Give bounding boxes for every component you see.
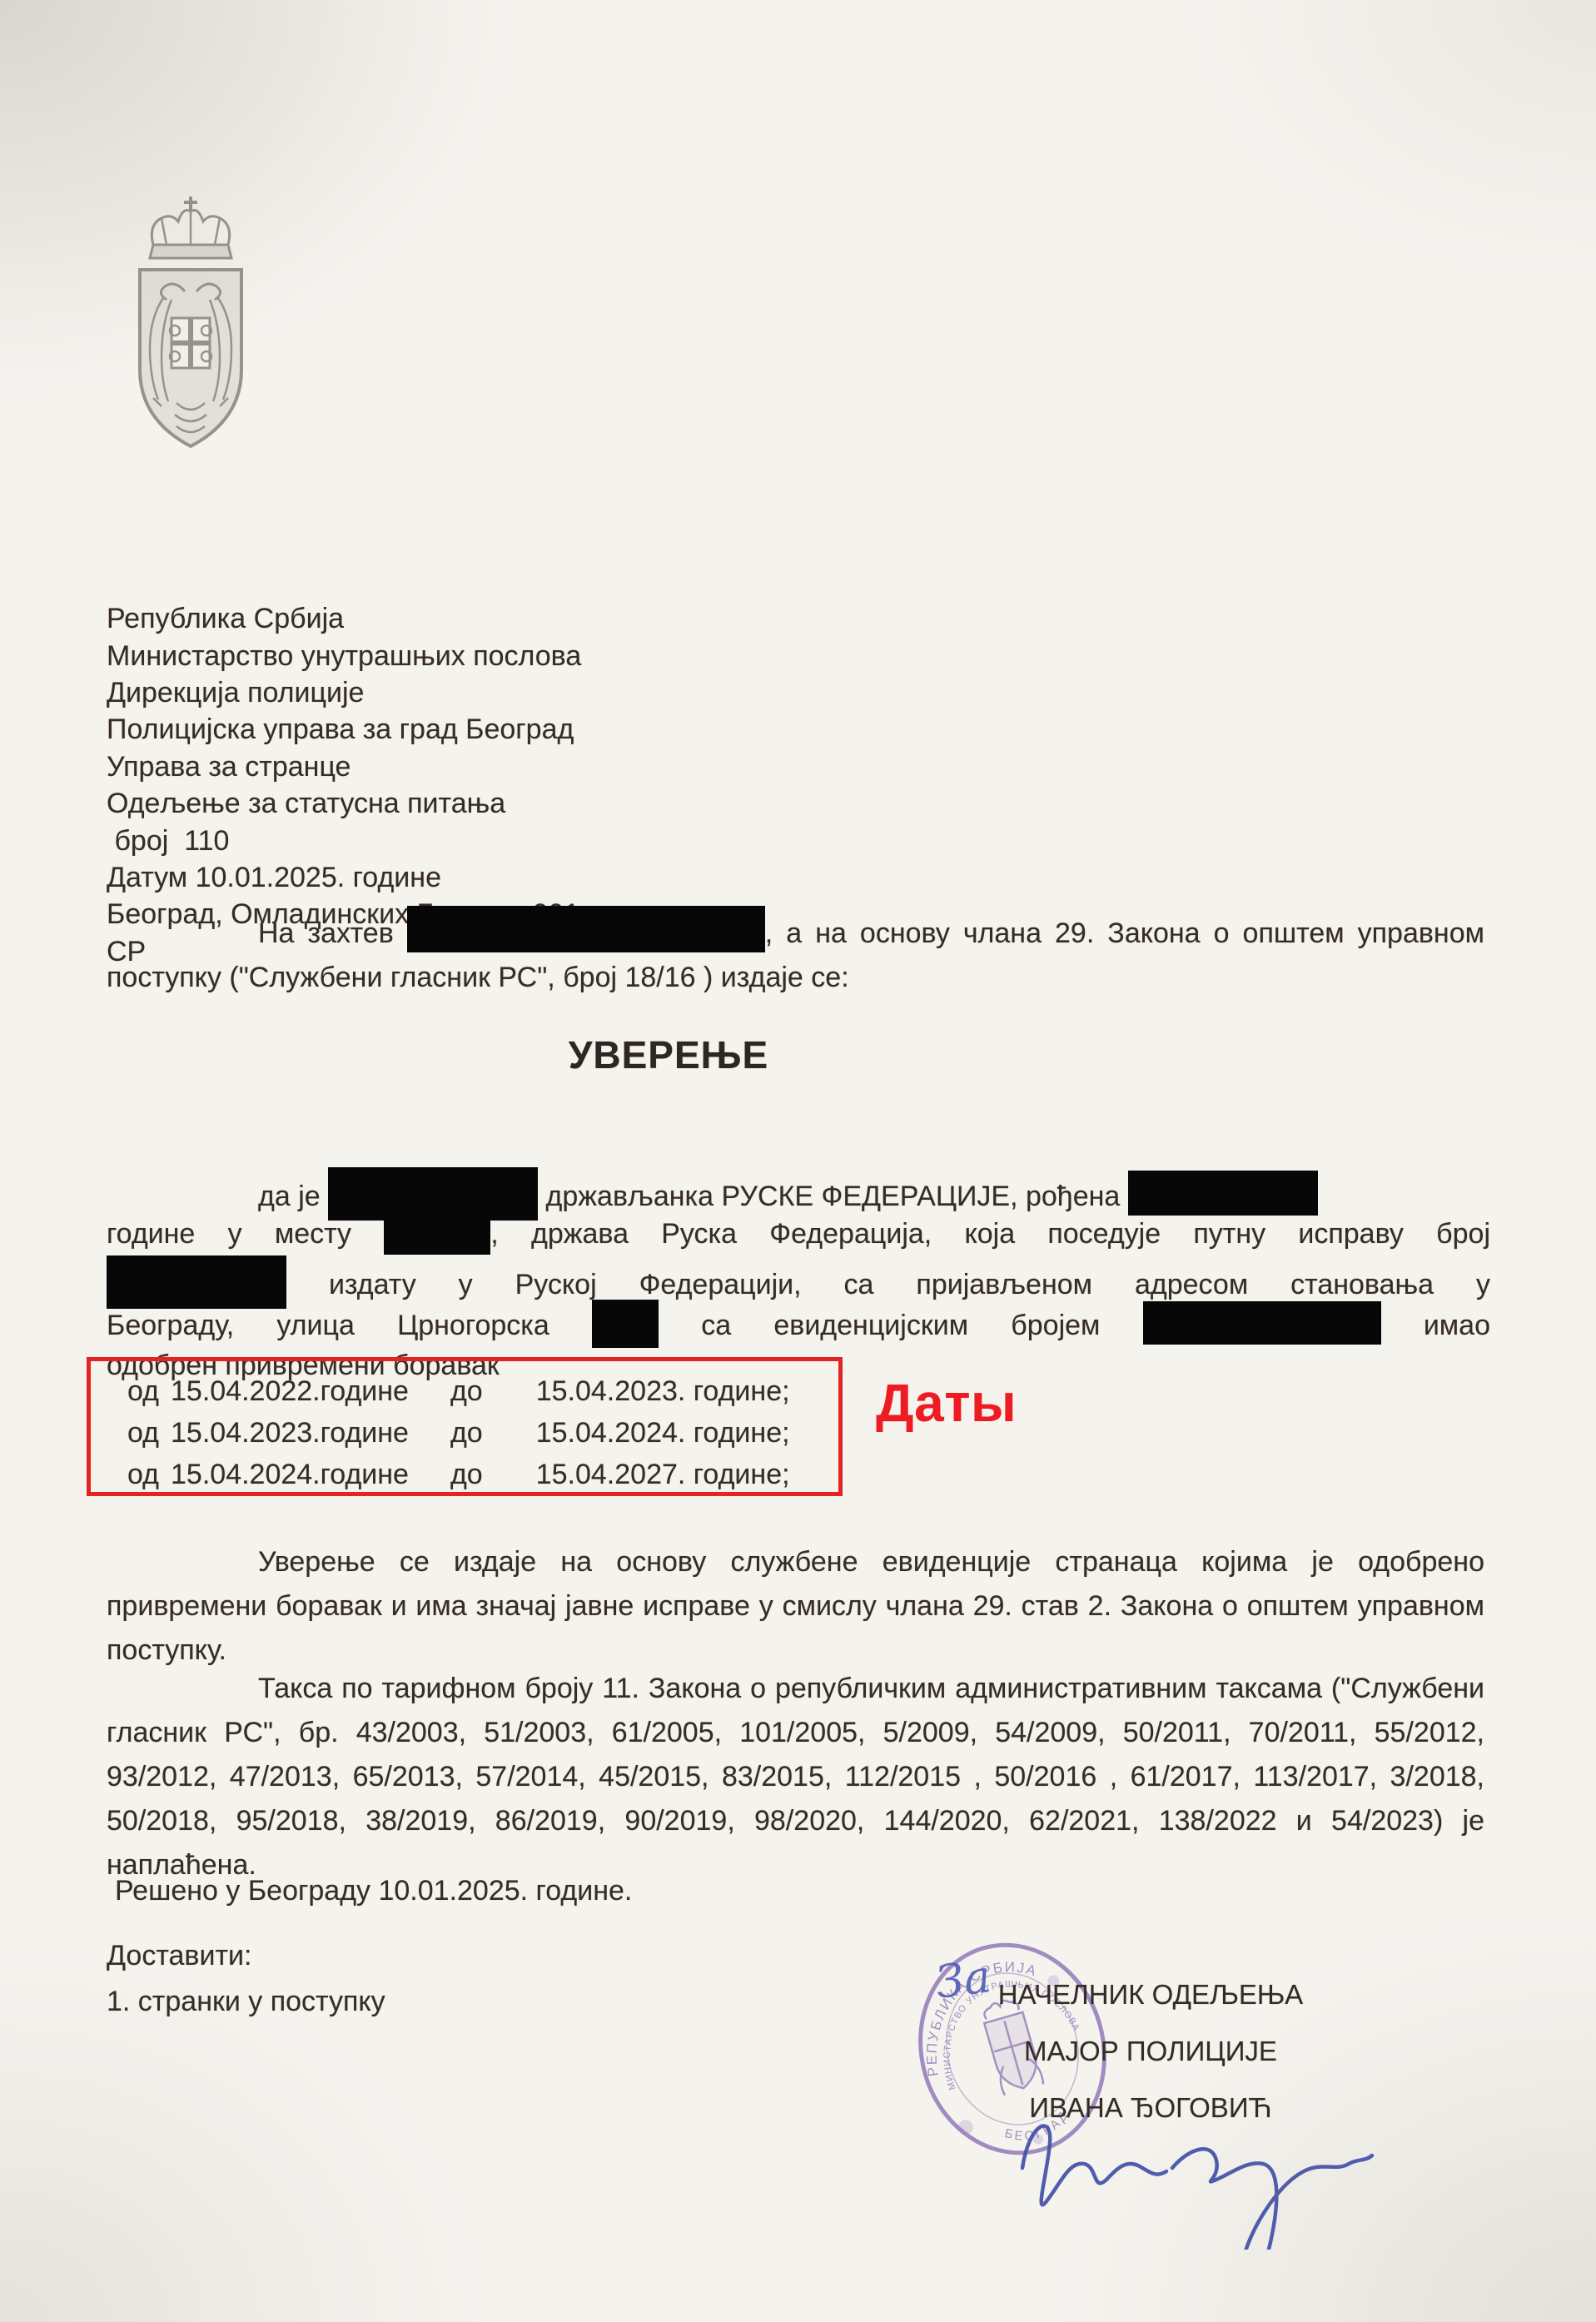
deliver-items: 1. странки у поступку: [107, 1979, 385, 2025]
dates-annotation: Даты: [876, 1372, 1017, 1434]
letterhead-line: Датум 10.01.2025. године: [107, 859, 581, 896]
period-to-date: 15.04.2023. године;: [536, 1375, 790, 1407]
deliver-heading: Доставити:: [107, 1933, 385, 1979]
period-to-date: 15.04.2024. године;: [536, 1417, 790, 1449]
subject-line: издату у Руској Федерацији, са пријављен…: [107, 1255, 1490, 1300]
period-do-label: до: [450, 1459, 483, 1490]
letterhead-line: број 110: [107, 823, 581, 859]
subject-paragraph: да је држављанка РУСКЕ ФЕДЕРАЦИЈЕ, рођен…: [107, 1167, 1490, 1388]
period-od-label: од: [127, 1375, 159, 1407]
letterhead-line: Управа за странце: [107, 748, 581, 785]
serbia-coat-of-arms: [125, 193, 256, 470]
redaction-box: [407, 906, 765, 952]
signatory-line: НАЧЕЛНИК ОДЕЉЕЊА: [976, 1966, 1325, 2023]
basis-paragraph: Уверење се издаје на основу службене еви…: [107, 1540, 1484, 1673]
letterhead-line: Одељење за статусна питања: [107, 785, 581, 822]
period-do-label: до: [450, 1375, 483, 1407]
period-od-label: од: [127, 1417, 159, 1449]
redaction-box: [1128, 1171, 1318, 1216]
deliver-item: 1. странки у поступку: [107, 1979, 385, 2025]
residence-periods-box: од15.04.2022.годинедо15.04.2023. године;…: [87, 1357, 843, 1496]
residence-period-row: од15.04.2024.годинедо15.04.2027. године;: [127, 1454, 838, 1495]
period-do-label: до: [450, 1417, 483, 1449]
period-to-date: 15.04.2027. године;: [536, 1459, 790, 1490]
redaction-box: [592, 1300, 659, 1348]
resolved-line: Решено у Београду 10.01.2025. године.: [115, 1875, 632, 1907]
period-from-date: 15.04.2024.године: [171, 1459, 409, 1490]
period-from-date: 15.04.2023.године: [171, 1417, 409, 1449]
document-title: УВЕРЕЊЕ: [107, 1032, 1231, 1077]
letterhead: Република СрбијаМинистарство унутрашњих …: [107, 490, 581, 970]
period-from-date: 15.04.2022.године: [171, 1375, 409, 1407]
letterhead-line: Полицијска управа за град Београд: [107, 711, 581, 748]
letterhead-line: Дирекција полиције: [107, 674, 581, 711]
subject-line: да је држављанка РУСКЕ ФЕДЕРАЦИЈЕ, рођен…: [107, 1167, 1490, 1211]
subject-line: године у месту , држава Руска Федерација…: [107, 1211, 1490, 1255]
subject-line: Београду, улица Црногорска са евиденцијс…: [107, 1300, 1490, 1344]
intro-paragraph: На захтев , а на основу члана 29. Закона…: [107, 906, 1484, 1000]
letterhead-line: Министарство унутрашњих послова: [107, 638, 581, 674]
redaction-box: [1143, 1301, 1381, 1345]
handwritten-za: За: [932, 1950, 993, 2009]
deliver-block: Доставити: 1. странки у поступку: [107, 1933, 385, 2025]
letterhead-line: Република Србија: [107, 600, 581, 637]
tax-paragraph: Такса по тарифном броју 11. Закона о реп…: [107, 1667, 1484, 1887]
signatory-line: МАЈОР ПОЛИЦИЈЕ: [976, 2023, 1325, 2080]
redaction-box: [384, 1211, 490, 1255]
handwritten-signature: [999, 2091, 1390, 2250]
period-od-label: од: [127, 1459, 159, 1490]
residence-period-row: од15.04.2022.годинедо15.04.2023. године;: [127, 1370, 838, 1412]
certificate-document: Република СрбијаМинистарство унутрашњих …: [0, 0, 1596, 2322]
residence-period-row: од15.04.2023.годинедо15.04.2024. године;: [127, 1412, 838, 1454]
